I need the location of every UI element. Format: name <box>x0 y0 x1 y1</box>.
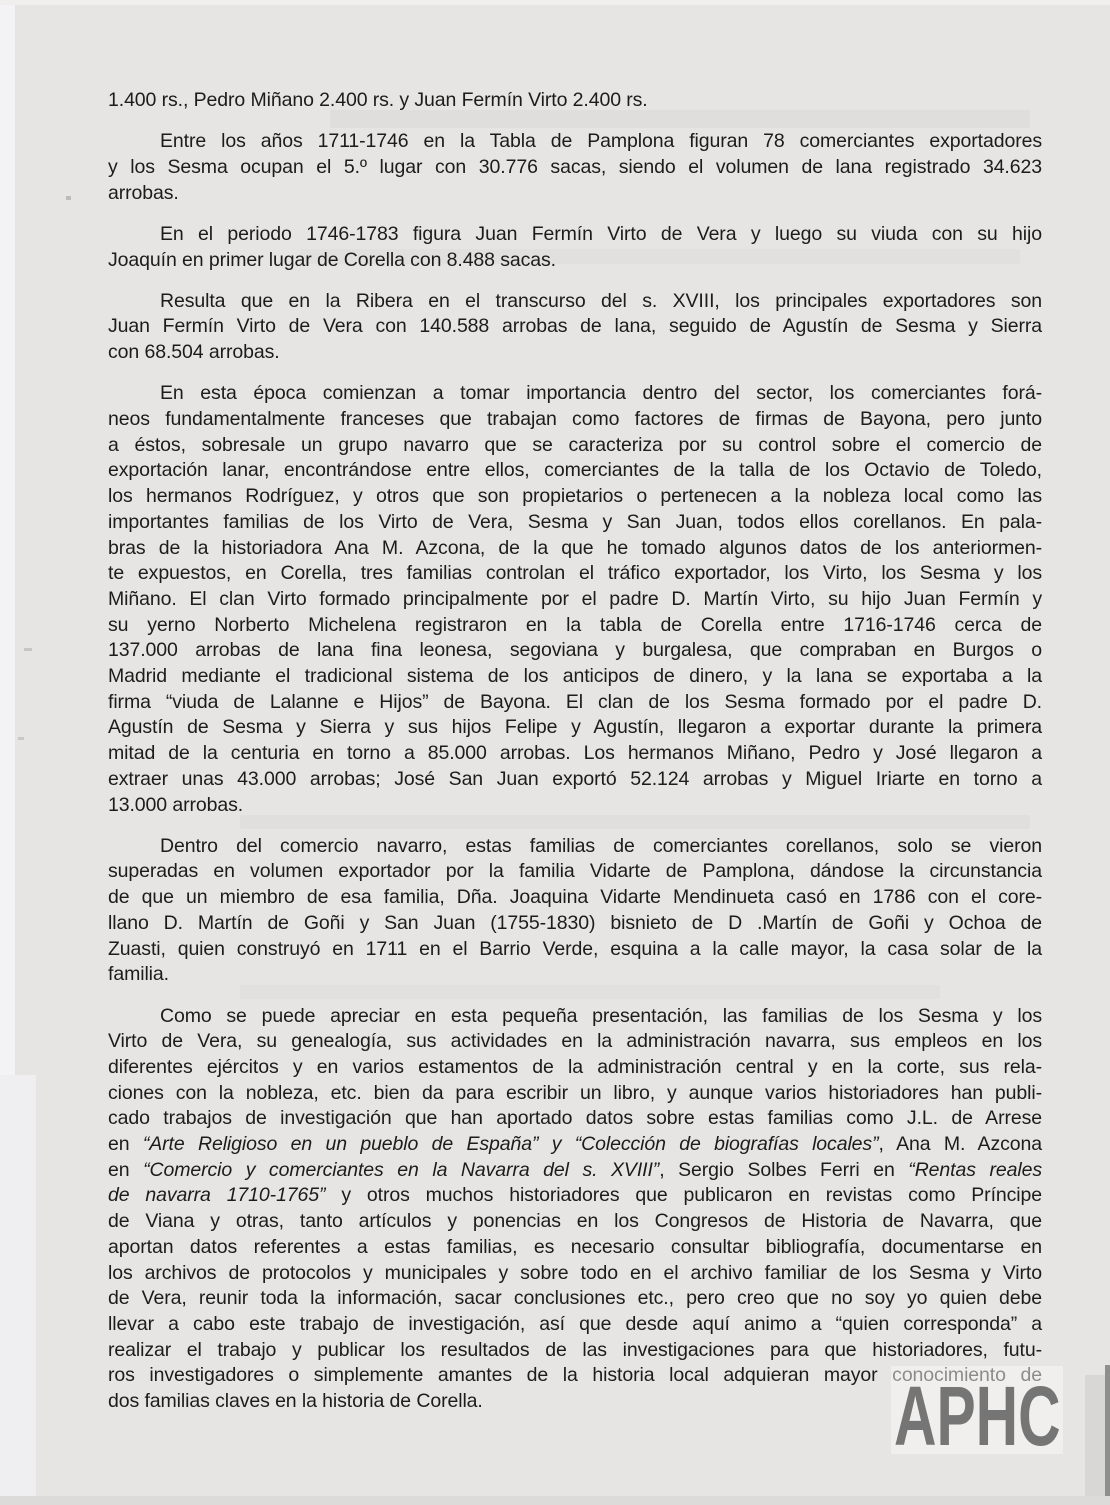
text-line: firma “viuda de Lalanne e Hijos” de Bayo… <box>108 690 1042 716</box>
text-run: Virto de Vera, su genealogía, sus activi… <box>108 1030 1042 1052</box>
text-line: extraer unas 43.000 arrobas; José San Ju… <box>108 767 1042 793</box>
italic-run: “Arte Religioso en un pueblo de España” … <box>143 1133 879 1155</box>
text-run: exportación lanar, encontrándose entre e… <box>108 459 1042 481</box>
text-line: los hermanos Rodríguez, y otros que son … <box>108 484 1042 510</box>
text-run: , Sergio Solbes Ferri en <box>659 1159 908 1181</box>
scan-edge-bottom <box>0 1496 1110 1505</box>
text-line: neos fundamentalmente franceses que trab… <box>108 407 1042 433</box>
paragraph: En esta época comienzan a tomar importan… <box>108 381 1042 818</box>
text-run: y otros muchos historiadores que publica… <box>325 1184 1042 1206</box>
text-line: con 68.504 arrobas. <box>108 340 1042 366</box>
text-run: llevar a cabo este trabajo de investigac… <box>108 1313 1042 1335</box>
text-line: Resulta que en la Ribera en el transcurs… <box>108 289 1042 315</box>
paragraph: Dentro del comercio navarro, estas famil… <box>108 834 1042 988</box>
text-run: Joaquín en primer lugar de Corella con 8… <box>108 249 556 271</box>
text-line: de Vera, reunir toda la información, sac… <box>108 1286 1042 1312</box>
scan-edge-left-bottom <box>0 1075 36 1505</box>
text-run: En esta época comienzan a tomar importan… <box>160 382 1042 404</box>
text-run: realizar el trabajo y publicar los resul… <box>108 1339 1042 1361</box>
text-run: y los Sesma ocupan el 5.º lugar con 30.7… <box>108 156 1042 178</box>
text-line: su yerno Norberto Michelena registraron … <box>108 613 1042 639</box>
text-line: Miñano. El clan Virto formado principalm… <box>108 587 1042 613</box>
paragraph: En el periodo 1746-1783 figura Juan Ferm… <box>108 222 1042 273</box>
italic-run: “Rentas reales <box>908 1159 1042 1181</box>
text-line: 137.000 arrobas de lana fina leonesa, se… <box>108 638 1042 664</box>
text-run: Zuasti, quien construyó en 1711 en el Ba… <box>108 938 1042 960</box>
text-line: te expuestos, en Corella, tres familias … <box>108 561 1042 587</box>
text-line: de Viana y otras, tanto artículos y pone… <box>108 1209 1042 1235</box>
scan-edge-right-dark <box>1105 1365 1110 1505</box>
text-run: , Ana M. Azcona <box>878 1133 1042 1155</box>
text-line: cado trabajos de investigación que han a… <box>108 1106 1042 1132</box>
text-run: ciones con la nobleza, etc. bien da para… <box>108 1082 1042 1104</box>
text-run: en <box>108 1133 143 1155</box>
text-line: diferentes ejércitos y en varios estamen… <box>108 1055 1042 1081</box>
text-run: firma “viuda de Lalanne e Hijos” de Bayo… <box>108 691 1042 713</box>
watermark: APHC <box>891 1366 1063 1454</box>
text-line: Zuasti, quien construyó en 1711 en el Ba… <box>108 937 1042 963</box>
text-line: y los Sesma ocupan el 5.º lugar con 30.7… <box>108 155 1042 181</box>
text-run: su yerno Norberto Michelena registraron … <box>108 614 1042 636</box>
text-run: Dentro del comercio navarro, estas famil… <box>160 835 1042 857</box>
text-line: aportan datos referentes a estas familia… <box>108 1235 1042 1261</box>
text-line: bras de la historiadora Ana M. Azcona, d… <box>108 536 1042 562</box>
text-line: exportación lanar, encontrándose entre e… <box>108 458 1042 484</box>
text-run: importantes familias de los Virto de Ver… <box>108 511 1042 533</box>
text-line: 1.400 rs., Pedro Miñano 2.400 rs. y Juan… <box>108 88 1042 114</box>
text-line: superadas en volumen exportador por la f… <box>108 859 1042 885</box>
text-run: de que un miembro de esa familia, Dña. J… <box>108 886 1042 908</box>
italic-run: de navarra 1710-1765” <box>108 1184 325 1206</box>
text-line: en “Arte Religioso en un pueblo de Españ… <box>108 1132 1042 1158</box>
text-line: ciones con la nobleza, etc. bien da para… <box>108 1081 1042 1107</box>
text-run: Juan Fermín Virto de Vera con 140.588 ar… <box>108 315 1042 337</box>
watermark-aphc-text: APHC <box>894 1374 1061 1458</box>
text-run: 1.400 rs., Pedro Miñano 2.400 rs. y Juan… <box>108 89 648 111</box>
text-line: familia. <box>108 962 1042 988</box>
italic-run: “Comercio y comerciantes en la Navarra d… <box>143 1159 659 1181</box>
text-run: superadas en volumen exportador por la f… <box>108 860 1042 882</box>
scan-speck <box>18 737 24 740</box>
text-run: los archivos de protocolos y municipales… <box>108 1262 1042 1284</box>
text-line: Juan Fermín Virto de Vera con 140.588 ar… <box>108 314 1042 340</box>
text-line: de navarra 1710-1765” y otros muchos his… <box>108 1183 1042 1209</box>
text-line: los archivos de protocolos y municipales… <box>108 1261 1042 1287</box>
scan-edge-top <box>0 0 1110 5</box>
text-line: Dentro del comercio navarro, estas famil… <box>108 834 1042 860</box>
text-run: En el periodo 1746-1783 figura Juan Ferm… <box>160 223 1042 245</box>
text-line: de que un miembro de esa familia, Dña. J… <box>108 885 1042 911</box>
scan-speck <box>66 196 71 200</box>
text-run: 137.000 arrobas de lana fina leonesa, se… <box>108 639 1042 661</box>
text-line: en “Comercio y comerciantes en la Navarr… <box>108 1158 1042 1184</box>
text-line: Como se puede apreciar en esta pequeña p… <box>108 1004 1042 1030</box>
paragraph: Como se puede apreciar en esta pequeña p… <box>108 1004 1042 1415</box>
text-run: de Viana y otras, tanto artículos y pone… <box>108 1210 1042 1232</box>
text-line: Joaquín en primer lugar de Corella con 8… <box>108 248 1042 274</box>
text-line: En esta época comienzan a tomar importan… <box>108 381 1042 407</box>
text-run: Miñano. El clan Virto formado principalm… <box>108 588 1042 610</box>
text-run: te expuestos, en Corella, tres familias … <box>108 562 1042 584</box>
scan-edge-right-shade <box>1085 1375 1105 1505</box>
text-run: Resulta que en la Ribera en el transcurs… <box>160 290 1042 312</box>
text-run: neos fundamentalmente franceses que trab… <box>108 408 1042 430</box>
text-line: mitad de la centuria en torno a 85.000 a… <box>108 741 1042 767</box>
text-run: Como se puede apreciar en esta pequeña p… <box>160 1005 1042 1027</box>
text-line: llevar a cabo este trabajo de investigac… <box>108 1312 1042 1338</box>
text-line: Agustín de Sesma y Sierra y sus hijos Fe… <box>108 715 1042 741</box>
text-line: a éstos, sobresale un grupo navarro que … <box>108 433 1042 459</box>
text-line: Madrid mediante el tradicional sistema d… <box>108 664 1042 690</box>
paragraph: 1.400 rs., Pedro Miñano 2.400 rs. y Juan… <box>108 88 1042 114</box>
text-line: llano D. Martín de Goñi y San Juan (1755… <box>108 911 1042 937</box>
text-run: a éstos, sobresale un grupo navarro que … <box>108 434 1042 456</box>
text-line: En el periodo 1746-1783 figura Juan Ferm… <box>108 222 1042 248</box>
text-run: aportan datos referentes a estas familia… <box>108 1236 1042 1258</box>
text-run: los hermanos Rodríguez, y otros que son … <box>108 485 1042 507</box>
paragraph: Resulta que en la Ribera en el transcurs… <box>108 289 1042 366</box>
text-line: Entre los años 1711-1746 en la Tabla de … <box>108 129 1042 155</box>
text-run: arrobas. <box>108 182 179 204</box>
text-line: importantes familias de los Virto de Ver… <box>108 510 1042 536</box>
text-run: Agustín de Sesma y Sierra y sus hijos Fe… <box>108 716 1042 738</box>
text-run: en <box>108 1159 143 1181</box>
text-run: bras de la historiadora Ana M. Azcona, d… <box>108 537 1042 559</box>
text-run: con 68.504 arrobas. <box>108 341 280 363</box>
scan-speck <box>24 648 32 651</box>
text-run: de Vera, reunir toda la información, sac… <box>108 1287 1042 1309</box>
text-line: 13.000 arrobas. <box>108 793 1042 819</box>
text-line: realizar el trabajo y publicar los resul… <box>108 1338 1042 1364</box>
text-run: dos familias claves en la historia de Co… <box>108 1390 483 1412</box>
text-run: diferentes ejércitos y en varios estamen… <box>108 1056 1042 1078</box>
text-run: Madrid mediante el tradicional sistema d… <box>108 665 1042 687</box>
text-line: Virto de Vera, su genealogía, sus activi… <box>108 1029 1042 1055</box>
text-run: extraer unas 43.000 arrobas; José San Ju… <box>108 768 1042 790</box>
text-line: arrobas. <box>108 181 1042 207</box>
text-run: 13.000 arrobas. <box>108 794 243 816</box>
text-run: mitad de la centuria en torno a 85.000 a… <box>108 742 1042 764</box>
text-run: llano D. Martín de Goñi y San Juan (1755… <box>108 912 1042 934</box>
paragraph: Entre los años 1711-1746 en la Tabla de … <box>108 129 1042 206</box>
text-run: cado trabajos de investigación que han a… <box>108 1107 1042 1129</box>
text-run: familia. <box>108 963 169 985</box>
text-run: Entre los años 1711-1746 en la Tabla de … <box>160 130 1042 152</box>
document-text: 1.400 rs., Pedro Miñano 2.400 rs. y Juan… <box>108 88 1042 1415</box>
